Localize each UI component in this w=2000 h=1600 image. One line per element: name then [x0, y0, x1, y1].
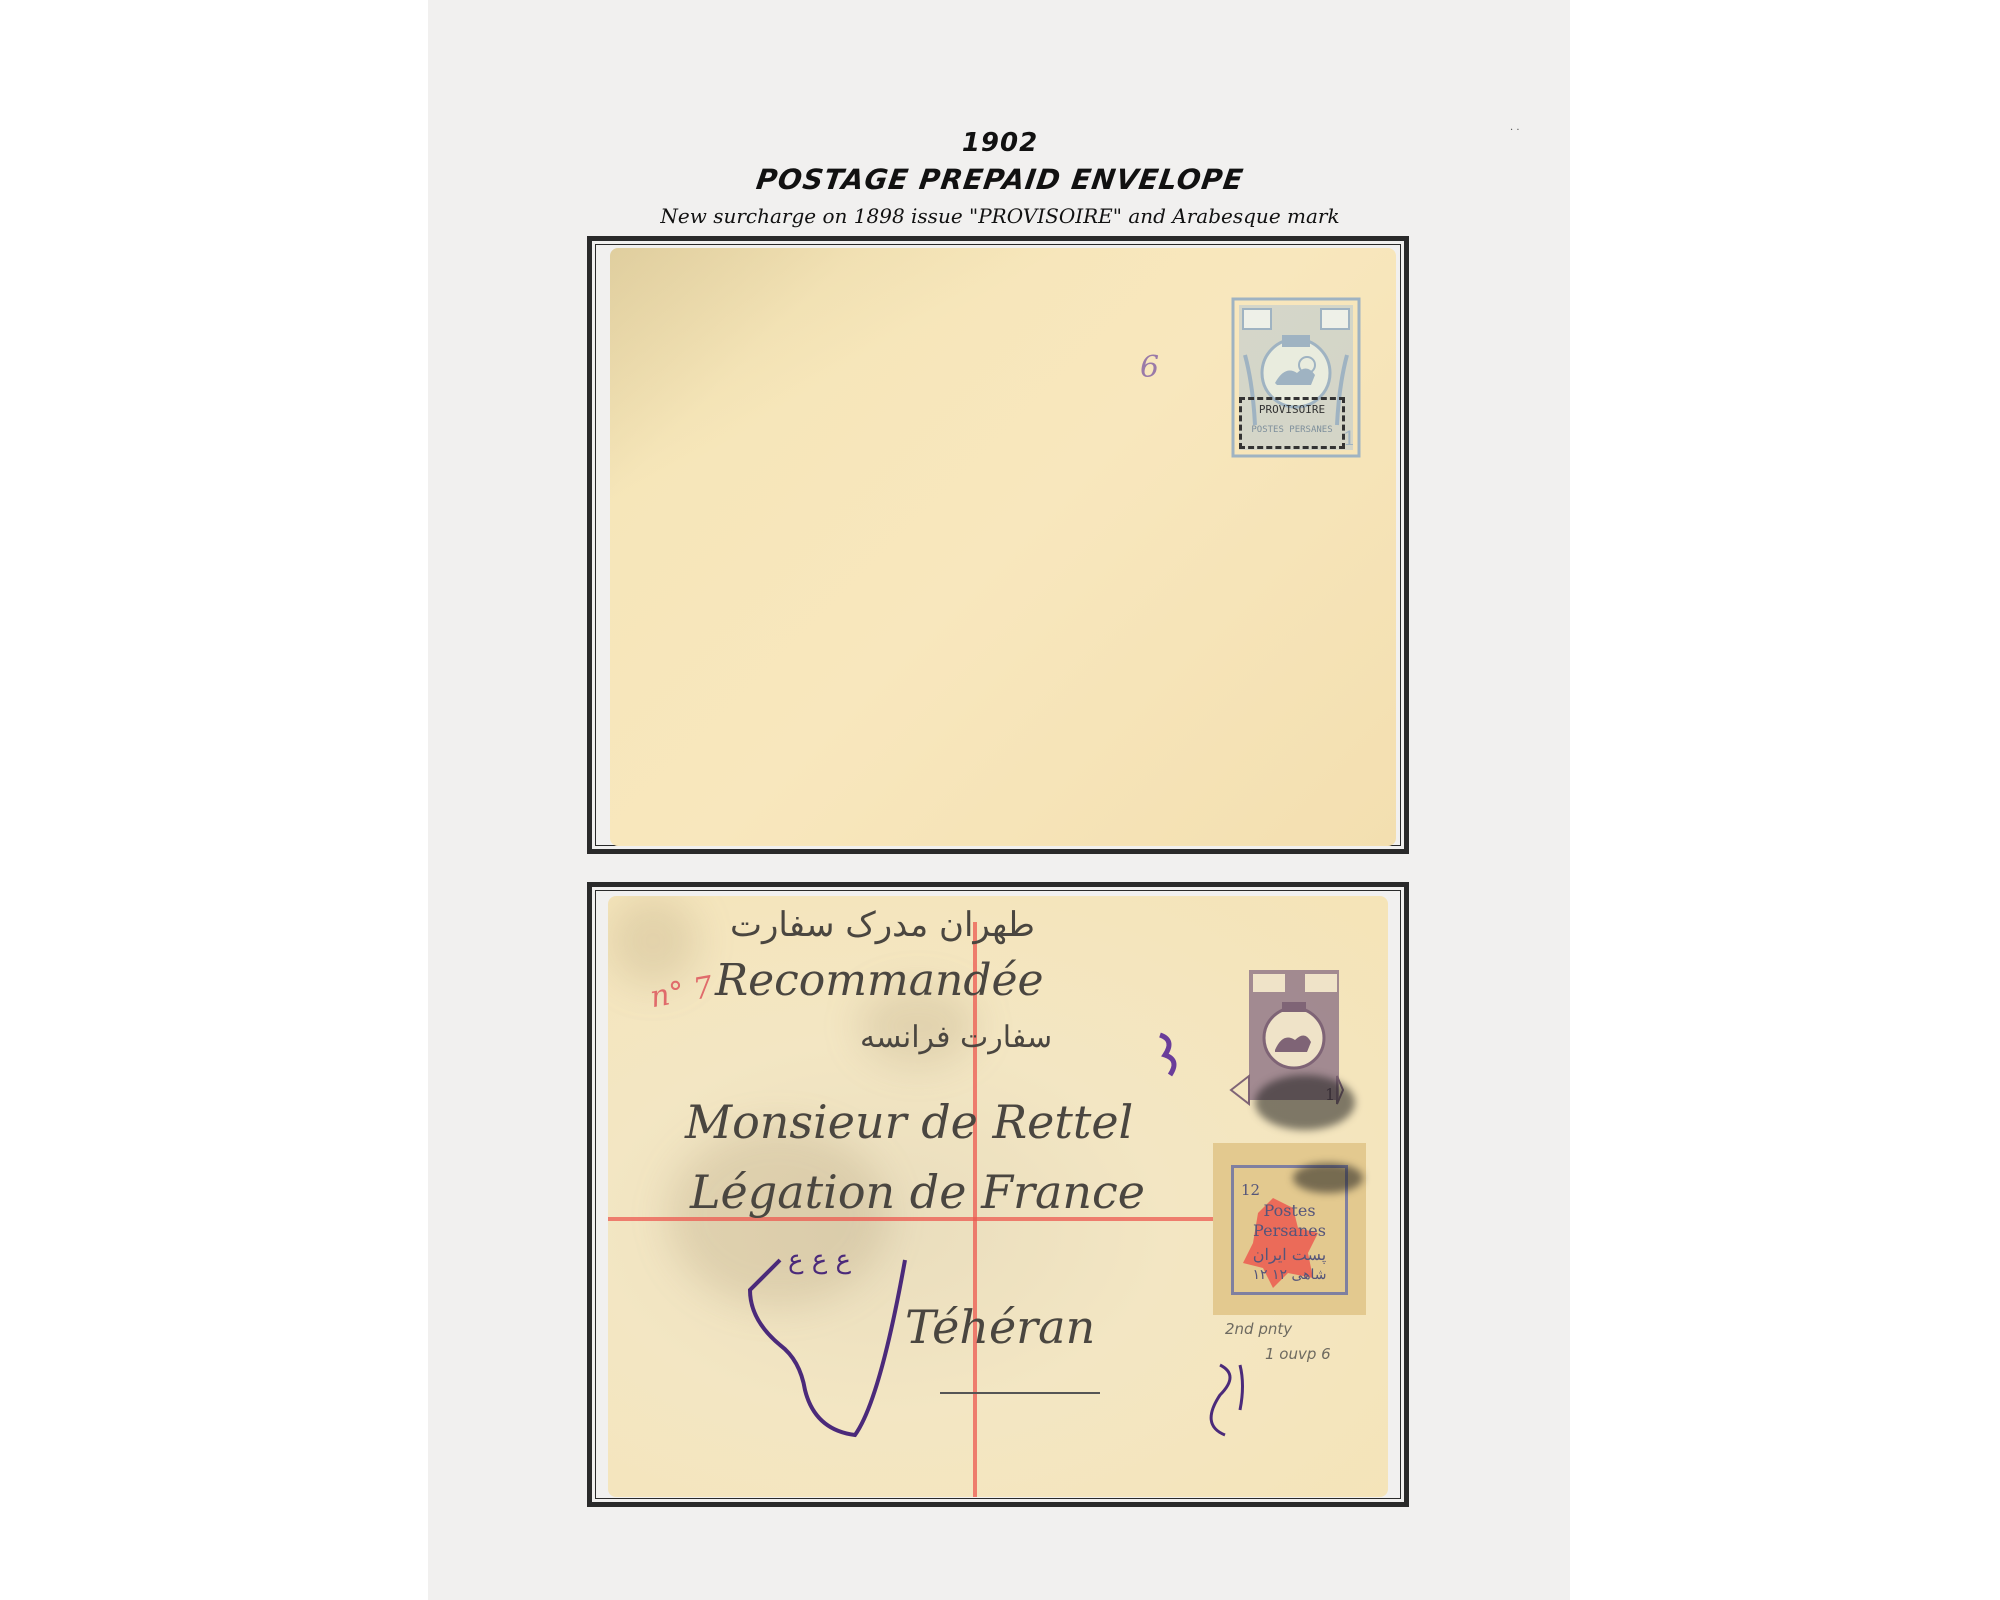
purple-crayon-mark-icon — [1200, 1355, 1260, 1445]
provisoire-handstamp: PROVISOIRE POSTES PERSANES — [1239, 397, 1345, 449]
manuscript-mark-6: 6 — [1140, 350, 1159, 385]
stamp-persian-text: پست ایران — [1213, 1245, 1366, 1264]
city-underline — [940, 1392, 1100, 1394]
adhesive-stamp-12-shahi: 12 Postes Persanes پست ایران ۱۲ شاهی ۱۲ — [1213, 1143, 1366, 1315]
stamp-persian-value: ۱۲ شاهی ۱۲ — [1213, 1267, 1366, 1283]
manuscript-recommandee: Recommandée — [715, 955, 1044, 1006]
overprint-lower-text: POSTES PERSANES — [1242, 420, 1342, 440]
manuscript-persian-top: طهران مدرک سفارت — [730, 905, 1035, 945]
pencil-note-1: 2nd pnty — [1225, 1320, 1292, 1338]
imprinted-stamp-purple: 1 — [1225, 950, 1350, 1115]
purple-arabic-marks: ع ع ع — [788, 1245, 851, 1275]
postmark — [1293, 1163, 1363, 1193]
purple-handstamp-mark-icon — [1150, 1030, 1190, 1080]
page-year: 1902 — [0, 128, 2000, 158]
stain — [608, 896, 698, 986]
purple-crayon-mark-icon — [680, 1250, 930, 1500]
stamp-value-latin: 12 — [1241, 1181, 1260, 1199]
stamp-line-postes: Postes — [1213, 1201, 1366, 1220]
overprint-text: PROVISOIRE — [1242, 400, 1342, 420]
imprinted-stamp-blue: 1 PROVISOIRE POSTES PERSANES — [1227, 295, 1365, 460]
page-speck: · · — [1510, 125, 1520, 136]
manuscript-legation: Légation de France — [690, 1165, 1145, 1219]
manuscript-persian-mid: سفارت فرانسه — [860, 1020, 1052, 1055]
postmark — [1255, 1075, 1355, 1130]
stamp-line-persanes: Persanes — [1213, 1221, 1366, 1240]
page-title: POSTAGE PREPAID ENVELOPE — [0, 163, 2000, 196]
page-subtitle: New surcharge on 1898 issue "PROVISOIRE"… — [0, 204, 2000, 228]
pencil-note-2: 1 ouvp 6 — [1265, 1345, 1331, 1363]
manuscript-addressee: Monsieur de Rettel — [685, 1095, 1133, 1149]
manuscript-city: Téhéran — [905, 1300, 1095, 1354]
